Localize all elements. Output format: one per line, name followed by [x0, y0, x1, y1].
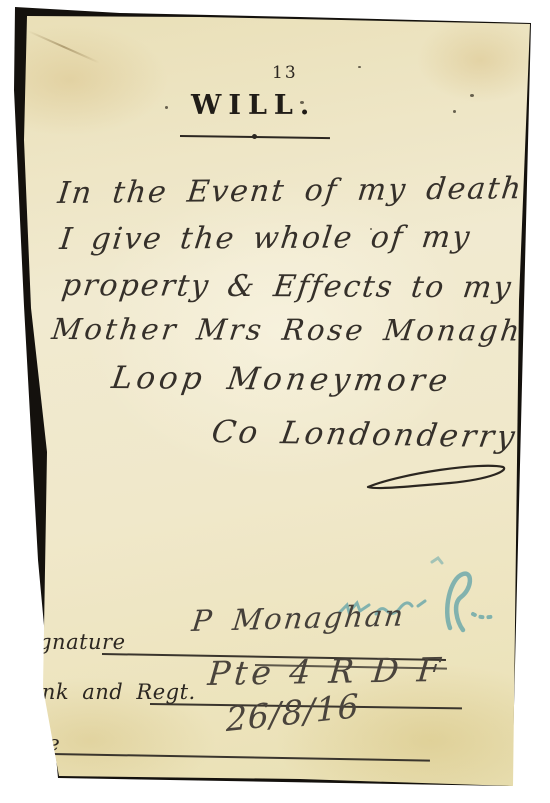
- signature-value: P Monaghan: [190, 598, 407, 638]
- will-form-page: 13 WILL. In the Event of my death I give…: [0, 0, 550, 803]
- scanned-will-document: 13 WILL. In the Event of my death I give…: [0, 0, 550, 803]
- page-number: 13: [272, 63, 298, 83]
- will-body-line-3: property & Effects to my: [60, 268, 515, 305]
- will-body-line-1: In the Event of my death: [56, 171, 525, 211]
- date-value: 26/8/16: [226, 686, 359, 739]
- paper-speck: [358, 66, 361, 68]
- will-body-line-5: Loop Moneymore: [109, 360, 453, 399]
- pin-hole: [470, 94, 474, 97]
- will-body-line-6: Co Londonderry: [209, 414, 520, 455]
- signature-label: Signature: [16, 630, 126, 654]
- rank-regt-label: Rank and Regt.: [12, 680, 196, 704]
- paper-speck: [453, 110, 456, 113]
- paper-crease: [28, 30, 100, 64]
- rank-regt-value: Pte 4 R D F: [206, 650, 446, 693]
- will-body-line-2: I give the whole of my: [58, 220, 473, 257]
- will-body-line-4: Mother Mrs Rose Monaghan: [50, 312, 550, 348]
- document-title: WILL.: [191, 90, 316, 121]
- paper-speck: [165, 106, 168, 109]
- date-rule: [52, 753, 430, 762]
- title-rule: [180, 135, 330, 139]
- underline-flourish: [362, 458, 512, 498]
- date-label: Date: [8, 731, 60, 755]
